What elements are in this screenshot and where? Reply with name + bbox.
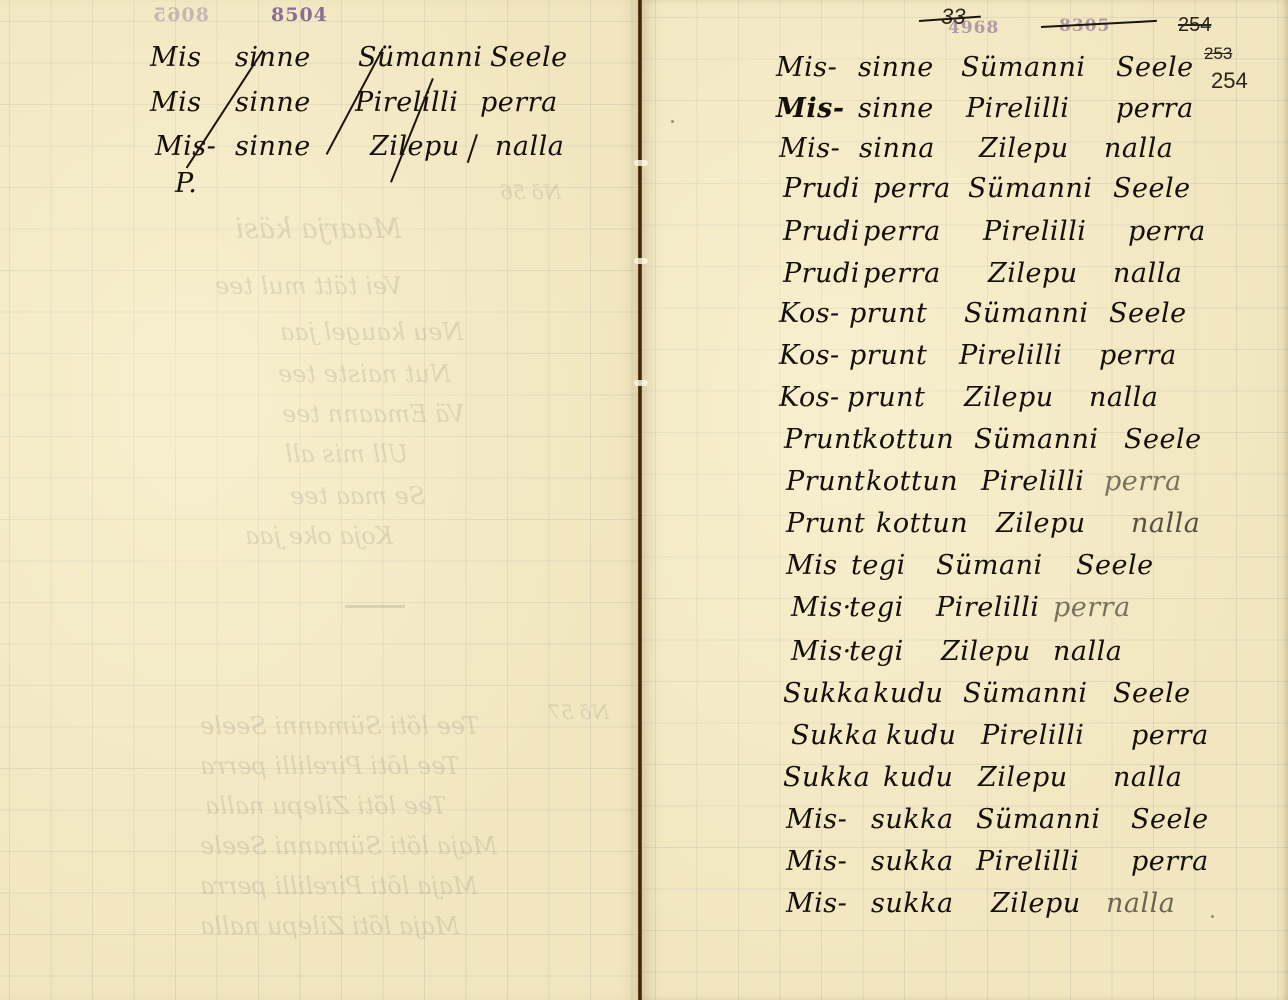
verse-word: Prunt (786, 466, 865, 497)
verse-word: nalla (1106, 888, 1175, 919)
verse-word: kottun (876, 508, 968, 539)
verse-word: Seele (1113, 678, 1191, 709)
verse-word: kudu (873, 678, 943, 709)
verse-word: Sümanni (968, 173, 1093, 204)
verse-word: Sümanni (963, 678, 1088, 709)
verse-word: Seele (1116, 52, 1194, 83)
binding-stitch (634, 380, 648, 386)
verse-word: tegi (849, 636, 904, 667)
verse-word: sinne (235, 131, 311, 162)
verse-word: sinna (859, 133, 935, 164)
verse-word: Pirelilli (355, 87, 458, 118)
bleed-line: Neu kaugel jaa (280, 318, 464, 346)
verse-word: Zilepu (978, 762, 1068, 793)
verse-word: Seele (1131, 804, 1209, 835)
bleed-line: Tee lõti Zilepu nalla (205, 792, 446, 820)
verse-word: sinne (858, 93, 934, 124)
bleed-line: Vä Emaann tee (282, 400, 465, 428)
verse-word: nalla (1113, 258, 1182, 289)
verse-word: Sümani (936, 550, 1043, 581)
left-page: 8065 8504 Nõ 56 Maarja käsi Vei tätt mul… (0, 0, 641, 1000)
verse-word: nalla (1053, 636, 1122, 667)
verse-word: Mis- (776, 52, 837, 83)
strike-slash (467, 134, 478, 163)
binding-stitch (634, 160, 648, 166)
archive-stamp-number: 8504 (271, 4, 328, 26)
verse-word: prunt (849, 298, 927, 329)
verse-word: Mis- (786, 846, 847, 877)
verse-word: Sümanni (961, 52, 1086, 83)
verse-word: perra (1104, 466, 1182, 497)
verse-word: Zilepu (941, 636, 1031, 667)
bleed-line: Tee lõti Sümanni Seele (200, 712, 479, 740)
verse-word: Pirelilli (983, 216, 1086, 247)
struck-pencil-number: 254 (1178, 14, 1211, 37)
page-number: 254 (1211, 68, 1248, 94)
verse-word: Mis· (791, 636, 852, 667)
binding-stitch (634, 258, 648, 264)
book-gutter (638, 0, 642, 1000)
verse-word: Zilepu (370, 131, 460, 162)
bleed-line: Maja lõti Zilepu nalla (200, 912, 459, 940)
verse-word: perra (1131, 720, 1209, 751)
verse-word: nalla (1113, 762, 1182, 793)
notebook-spread: 8065 8504 Nõ 56 Maarja käsi Vei tätt mul… (0, 0, 1288, 1000)
verse-word: Sümanni (964, 298, 1089, 329)
verse-word: Seele (1124, 424, 1202, 455)
verse-word: kudu (886, 720, 956, 751)
bleed-line: Maja lõti Pirelilli perra (200, 872, 478, 900)
verse-word: Zilepu (991, 888, 1081, 919)
verse-word: Seele (490, 42, 568, 73)
verse-word: perra (863, 216, 941, 247)
verse-word: perra (480, 87, 558, 118)
verse-word: Prudi (783, 258, 860, 289)
verse-word: Sukka (791, 720, 878, 751)
verse-word: Pirelilli (976, 846, 1079, 877)
verse-word: nalla (1089, 382, 1158, 413)
verse-word: Sümanni (976, 804, 1101, 835)
verse-word: perra (1131, 846, 1209, 877)
verse-word: Zilepu (964, 382, 1054, 413)
verse-word: Pirelilli (966, 93, 1069, 124)
verse-word: nalla (495, 131, 564, 162)
verse-word: kudu (883, 762, 953, 793)
verse-word: Mis- (786, 888, 847, 919)
verse-word: sukka (871, 804, 954, 835)
bleed-line: Maarja käsi (235, 212, 402, 245)
faded-archive-stamp: 8065 (152, 4, 209, 26)
right-page: 33 4968 8305 254 253 254 Mis- sinne Süma… (641, 0, 1288, 1000)
verse-word: Pirelilli (981, 466, 1084, 497)
verse-word: Zilepu (996, 508, 1086, 539)
verse-word: Pirelilli (936, 592, 1039, 623)
verse-word: sinne (858, 52, 934, 83)
verse-word: Pirelilli (981, 720, 1084, 751)
verse-word: Sukka (783, 762, 870, 793)
bleed-line: Ull mis all (285, 440, 408, 468)
verse-word: Kos- (779, 298, 840, 329)
verse-word: Mis (150, 42, 202, 73)
verse-word: sinne (235, 42, 311, 73)
verse-word: perra (873, 173, 951, 204)
verse-word: perra (863, 258, 941, 289)
verse-word: perra (1099, 340, 1177, 371)
verse-word: sukka (871, 888, 954, 919)
verse-word: Mis- (779, 133, 840, 164)
verse-word: prunt (849, 340, 927, 371)
verse-word: Mis· (791, 592, 852, 623)
bleed-line: Vei tätt mul tee (215, 272, 402, 300)
verse-word: Prunt (784, 424, 863, 455)
verse-word: Kos- (779, 382, 840, 413)
verse-word: Prunt (786, 508, 865, 539)
verse-word: Seele (1109, 298, 1187, 329)
verse-word: Prudi (783, 173, 860, 204)
faded-stamp: 4968 (948, 18, 999, 38)
verse-word: sukka (871, 846, 954, 877)
bleed-line: Nut naiste tee (278, 360, 451, 388)
verse-word: Mis (786, 550, 838, 581)
verse-word: kottun (862, 424, 954, 455)
bleed-line: Maja lõti Sümanni Seele (200, 832, 497, 860)
bleed-rule (345, 605, 405, 608)
bleed-line: Koja oke jaa (245, 522, 393, 550)
verse-word: tegi (849, 592, 904, 623)
paper-speck (671, 120, 674, 123)
verse-word: Sukka (783, 678, 870, 709)
verse-word: sinne (235, 87, 311, 118)
verse-word: Seele (1113, 173, 1191, 204)
verse-word: Zilepu (979, 133, 1069, 164)
verse-word: perra (1116, 93, 1194, 124)
verse-word: kottun (866, 466, 958, 497)
verse-word: prunt (847, 382, 925, 413)
verse-word: Prudi (783, 216, 860, 247)
verse-word: nalla (1104, 133, 1173, 164)
verse-word: Seele (1076, 550, 1154, 581)
verse-word: Mis- (786, 804, 847, 835)
bleed-line: Nõ 57 (548, 700, 609, 724)
bleed-line: Se maa tee (290, 482, 425, 510)
verse-word: Kos- (779, 340, 840, 371)
struck-pencil-number: 253 (1204, 44, 1232, 64)
verse-word: nalla (1131, 508, 1200, 539)
verse-word: tegi (851, 550, 906, 581)
verse-word: perra (1128, 216, 1206, 247)
verse-word: Sümanni (974, 424, 1099, 455)
verse-word: Pirelilli (959, 340, 1062, 371)
paper-speck (1211, 915, 1214, 918)
verse-word: Mis (150, 87, 202, 118)
footnote-mark: P. (175, 168, 197, 199)
verse-word: Mis- (776, 93, 845, 124)
bleed-line: Nõ 56 (500, 180, 561, 204)
verse-word: Zilepu (988, 258, 1078, 289)
verse-word: perra (1053, 592, 1131, 623)
bleed-line: Tee lõti Pirelilli perra (200, 752, 460, 780)
